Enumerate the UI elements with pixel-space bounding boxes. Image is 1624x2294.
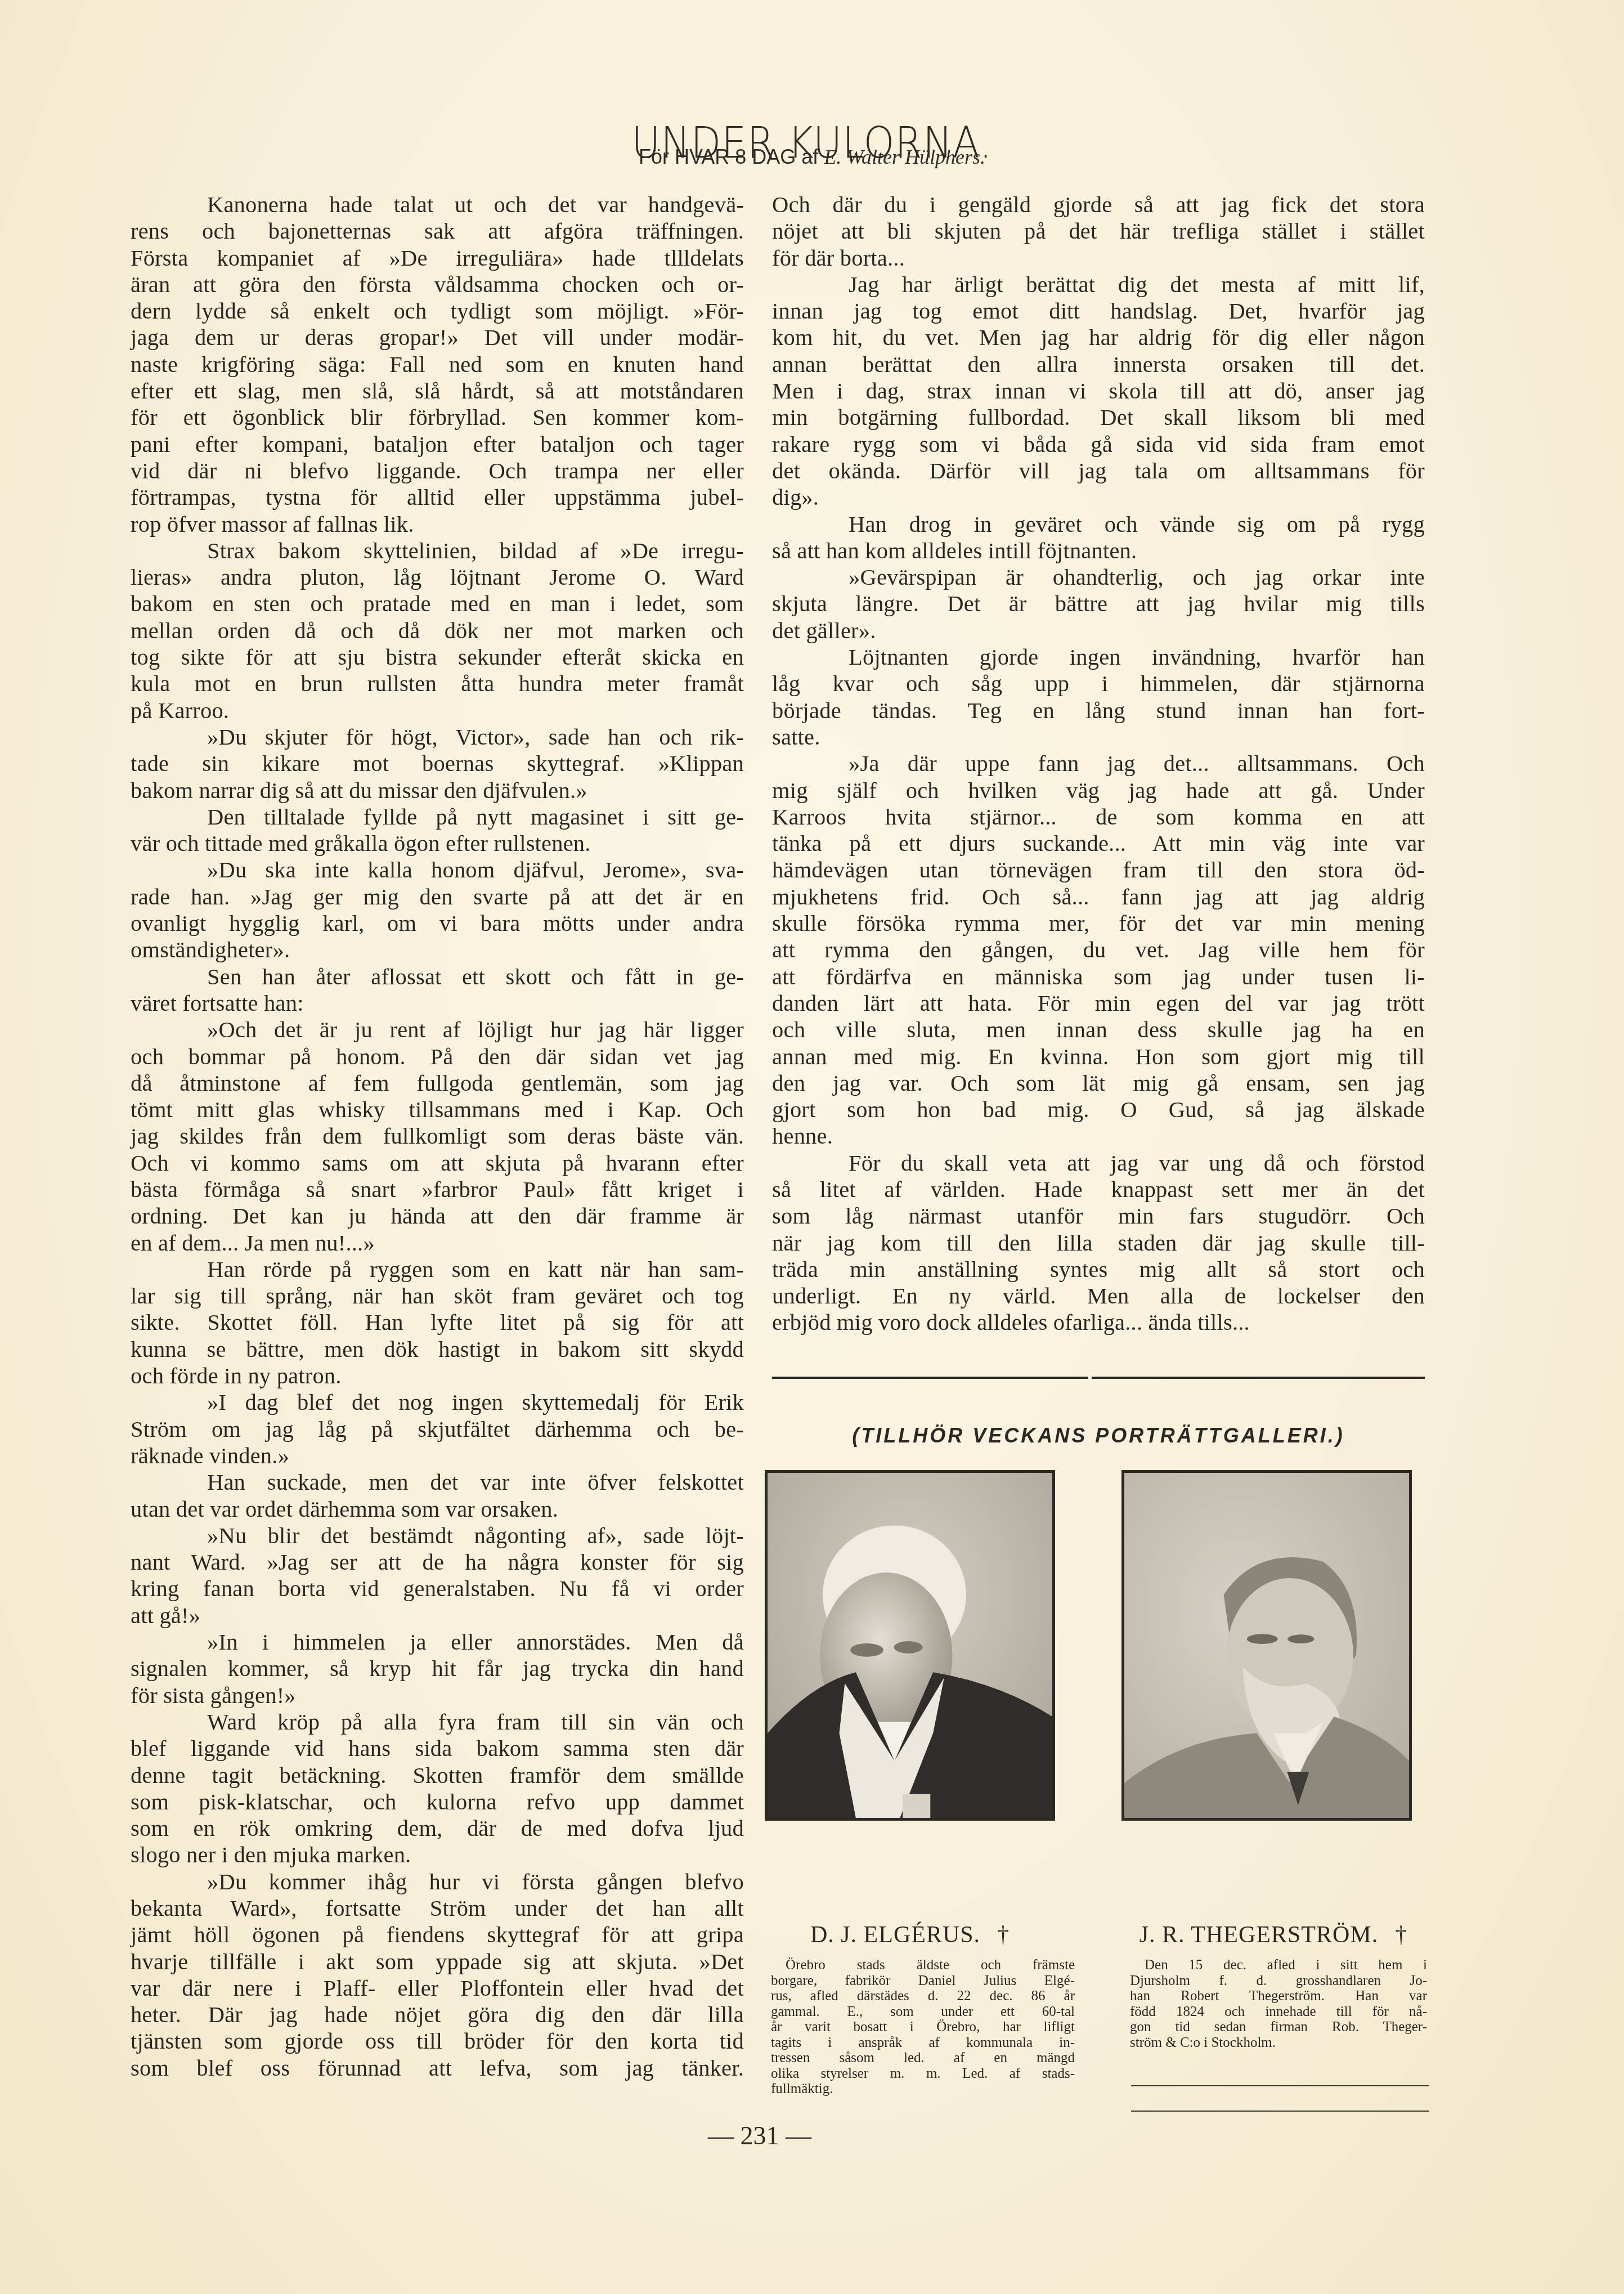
text-line: tömt mitt glas whisky tillsammans med i … xyxy=(131,1096,744,1123)
text-line: den jag var. Och som lät mig gå ensam, s… xyxy=(772,1070,1425,1096)
paragraph: »Gevärspipan är ohandterlig, och jag ork… xyxy=(772,564,1425,644)
paragraph: Strax bakom skyttelinien, bildad af »De … xyxy=(131,537,744,724)
text-line: mellan orden då och då dök ner mot marke… xyxy=(131,617,744,644)
text-line: skulle försöka rymma mer, för det var mi… xyxy=(772,910,1425,937)
text-line: »I dag blef det nog ingen skyttemedalj f… xyxy=(131,1389,744,1415)
text-line: gjort som hon bad mig. O Gud, så jag äls… xyxy=(772,1096,1425,1123)
text-line: som låg närmast utanför min fars stugudö… xyxy=(772,1203,1425,1229)
left-text-column: Kanonerna hade talat ut och det var hand… xyxy=(131,191,744,2081)
caption-line: år varit bosatt i Örebro, har lifligt xyxy=(771,2019,1075,2035)
text-line: tjänsten som gjorde oss till bröder för … xyxy=(131,2028,744,2054)
text-line: hämdevägen utan törnevägen fram till den… xyxy=(772,857,1425,883)
paragraph: Löjtnanten gjorde ingen invändning, hvar… xyxy=(772,644,1425,750)
text-line: rop öfver massor af fallnas lik. xyxy=(131,511,744,537)
text-line: som pisk-klatschar, och kulorna refvo up… xyxy=(131,1789,744,1815)
text-line: blef liggande vid hans sida bakom samma … xyxy=(131,1735,744,1762)
byline-prefix: För HVAR 8 DAG af xyxy=(639,145,824,168)
text-line: vid där ni blefvo liggande. Och trampa n… xyxy=(131,458,744,484)
text-line: då åtminstone af fem fullgoda gentlemän,… xyxy=(131,1070,744,1096)
text-line: bakom narrar dig så att du missar den dj… xyxy=(131,777,744,804)
text-line: jaga dem ur deras gropar!» Det vill unde… xyxy=(131,324,744,351)
text-line: sikte. Skottet föll. Han lyfte litet på … xyxy=(131,1309,744,1336)
paragraph: Han rörde på ryggen som en katt när han … xyxy=(131,1256,744,1389)
caption-line: Den 15 dec. afled i sitt hem i xyxy=(1130,1957,1427,1973)
paragraph: För du skall veta att jag var ung då och… xyxy=(772,1150,1425,1336)
text-line: Han drog in geväret och vände sig om på … xyxy=(772,511,1425,537)
page-number: — 231 — xyxy=(698,2121,822,2150)
text-line: Den tilltalade fyllde på nytt magasinet … xyxy=(131,804,744,830)
section-divider-right xyxy=(1092,1377,1425,1379)
text-line: för ett ögonblick blir förbryllad. Sen k… xyxy=(131,404,744,431)
text-line: lar sig till språng, när han sköt fram g… xyxy=(131,1283,744,1309)
paragraph: Ward kröp på alla fyra fram till sin vän… xyxy=(131,1709,744,1869)
text-line: annan med mig. En kvinna. Hon som gjort … xyxy=(772,1043,1425,1070)
caption-line: tressen såsom led. af en mängd xyxy=(771,2050,1075,2066)
text-line: rens och bajonetternas sak att afgöra tr… xyxy=(131,218,744,244)
text-line: äran att göra den första våldsamma chock… xyxy=(131,271,744,298)
portrait-elgerus-image xyxy=(768,1473,1052,1818)
text-line: och förde in ny patron. xyxy=(131,1363,744,1389)
text-line: naste krigföring säga: Fall ned som en k… xyxy=(131,351,744,378)
portrait-thegerstrom-image xyxy=(1124,1473,1409,1818)
text-line: »Gevärspipan är ohandterlig, och jag ork… xyxy=(772,564,1425,590)
text-line: för sista gången!» xyxy=(131,1682,744,1709)
text-line: Första kompaniet af »De irreguliära» had… xyxy=(131,245,744,271)
text-line: omständigheter». xyxy=(131,937,744,963)
caption-line: Örebro stads äldste och främste xyxy=(771,1957,1075,1973)
text-line: Och där du i gengäld gjorde så att jag f… xyxy=(772,191,1425,218)
text-line: »In i himmelen ja eller annorstädes. Men… xyxy=(131,1629,744,1655)
text-line: Men i dag, strax innan vi skola till att… xyxy=(772,378,1425,404)
text-line: danden lärt att hata. För min egen del v… xyxy=(772,990,1425,1016)
text-line: underligt. En ny värld. Men alla de lock… xyxy=(772,1283,1425,1309)
paragraph: Han drog in geväret och vände sig om på … xyxy=(772,511,1425,564)
text-line: att rymma den gången, du vet. Jag ville … xyxy=(772,937,1425,963)
text-line: Kanonerna hade talat ut och det var hand… xyxy=(131,191,744,218)
text-line: träda min anställning syntes mig allt så… xyxy=(772,1256,1425,1283)
text-line: att fördärfva en människa som jag under … xyxy=(772,964,1425,990)
text-line: mjukhetens frid. Och så... fann jag att … xyxy=(772,884,1425,910)
text-line: tog sikte för att sju bistra sekunder ef… xyxy=(131,644,744,670)
text-line: dig». xyxy=(772,484,1425,510)
text-line: en af dem... Ja men nu!...» xyxy=(131,1230,744,1256)
text-line: började tändas. Teg en lång stund innan … xyxy=(772,697,1425,724)
paragraph: Han suckade, men det var inte öfver fels… xyxy=(131,1469,744,1522)
text-line: innan jag tog emot ditt handslag. Det, h… xyxy=(772,298,1425,324)
paragraph: Jag har ärligt berättat dig det mesta af… xyxy=(772,271,1425,511)
text-line: »Nu blir det bestämdt någonting af», sad… xyxy=(131,1522,744,1549)
portrait-name-elgerus: D. J. ELGÉRUS.† xyxy=(765,1921,1055,1948)
caption-line: Djursholm f. d. grosshandlaren Jo- xyxy=(1130,1973,1427,1989)
text-line: tänka på ett djurs suckande... Att min v… xyxy=(772,830,1425,857)
text-line: jag skildes från dem fullkomligt som der… xyxy=(131,1123,744,1149)
text-line: Ward kröp på alla fyra fram till sin vän… xyxy=(131,1709,744,1735)
text-line: så att han kom alldeles intill föjtnante… xyxy=(772,537,1425,564)
caption-line: född 1824 och innehade till för nå- xyxy=(1130,2004,1427,2020)
right-text-column: Och där du i gengäld gjorde så att jag f… xyxy=(772,191,1425,1336)
paragraph: »Du kommer ihåg hur vi första gången ble… xyxy=(131,1869,744,2081)
paragraph: »Och det är ju rent af löjligt hur jag h… xyxy=(131,1016,744,1256)
text-line: Han suckade, men det var inte öfver fels… xyxy=(131,1469,744,1495)
text-line: skjuta längre. Det är bättre att jag hvi… xyxy=(772,590,1425,617)
paragraph: »I dag blef det nog ingen skyttemedalj f… xyxy=(131,1389,744,1469)
text-line: lieras» andra pluton, låg löjtnant Jerom… xyxy=(131,564,744,590)
text-line: »Och det är ju rent af löjligt hur jag h… xyxy=(131,1016,744,1043)
paragraph: »Du skjuter för högt, Victor», sade han … xyxy=(131,724,744,804)
portrait-name-text: J. R. THEGERSTRÖM. xyxy=(1140,1922,1378,1948)
text-line: pani efter kompani, bataljon efter batal… xyxy=(131,431,744,458)
text-line: »Du kommer ihåg hur vi första gången ble… xyxy=(131,1869,744,1895)
text-line: »Ja där uppe fann jag det... alltsammans… xyxy=(772,750,1425,777)
portrait-elgerus xyxy=(765,1470,1055,1821)
text-line: nöjet att bli skjuten på det här treflig… xyxy=(772,218,1425,244)
text-line: förtrampas, tystna för alltid eller upps… xyxy=(131,484,744,510)
text-line: det okända. Därför vill jag tala om allt… xyxy=(772,458,1425,484)
paragraph: »Nu blir det bestämdt någonting af», sad… xyxy=(131,1522,744,1629)
text-line: Sen han åter aflossat ett skott och fått… xyxy=(131,964,744,990)
text-line: det gäller». xyxy=(772,617,1425,644)
caption-line: tagits i anspråk af kommunala in- xyxy=(771,2035,1075,2051)
portrait-thegerstrom xyxy=(1121,1470,1412,1821)
text-line: efter ett slag, men slå, slå hårdt, så a… xyxy=(131,378,744,404)
text-line: hvarje tillfälle i akt som yppade sig at… xyxy=(131,1948,744,1975)
text-line: ovanligt hygglig karl, om vi bara mötts … xyxy=(131,910,744,937)
text-line: kom hit, du vet. Men jag har aldrig för … xyxy=(772,324,1425,351)
text-line: kunna se bättre, men dök hastigt in bako… xyxy=(131,1336,744,1363)
text-line: vär och tittade med gråkalla ögon efter … xyxy=(131,830,744,857)
byline: För HVAR 8 DAG af E. Walter Hülphers. xyxy=(0,145,1624,169)
text-line: Han rörde på ryggen som en katt när han … xyxy=(131,1256,744,1283)
text-line: annan berättat den allra innersta orsake… xyxy=(772,351,1425,378)
caption-line: ström & C:o i Stockholm. xyxy=(1130,2035,1427,2051)
text-line: och bommar på honom. På den där sidan ve… xyxy=(131,1043,744,1070)
text-line: och ville sluta, men innan dess skulle j… xyxy=(772,1016,1425,1043)
text-line: slogo ner i den mjuka marken. xyxy=(131,1842,744,1868)
obituary-caption-elgerus: Örebro stads äldste och främsteborgare, … xyxy=(771,1957,1075,2097)
paragraph: Kanonerna hade talat ut och det var hand… xyxy=(131,191,744,537)
text-line: var där nere i Plaff- eller Ploffontein … xyxy=(131,1975,744,2001)
paragraph: »Du ska inte kalla honom djäfvul, Jerome… xyxy=(131,857,744,963)
text-line: kring fanan borta vid generalstaben. Nu … xyxy=(131,1575,744,1602)
caption-rule-1 xyxy=(1131,2085,1429,2086)
caption-line: gammal. E., som under ett 60-tal xyxy=(771,2004,1075,2020)
text-line: Löjtnanten gjorde ingen invändning, hvar… xyxy=(772,644,1425,670)
caption-line: borgare, fabrikör Daniel Julius Elgé- xyxy=(771,1973,1075,1989)
paragraph: Den tilltalade fyllde på nytt magasinet … xyxy=(131,804,744,857)
text-line: bästa förmåga så snart »farbror Paul» få… xyxy=(131,1176,744,1203)
text-line: utan det var ordet därhemma som var orsa… xyxy=(131,1496,744,1522)
text-line: satte. xyxy=(772,724,1425,750)
text-line: Karroos hvita stjärnor... de som komma e… xyxy=(772,804,1425,830)
paragraph: Och där du i gengäld gjorde så att jag f… xyxy=(772,191,1425,271)
text-line: denne tagit betäckning. Skotten framför … xyxy=(131,1762,744,1789)
text-line: »Du ska inte kalla honom djäfvul, Jerome… xyxy=(131,857,744,883)
byline-author: E. Walter Hülphers. xyxy=(824,146,985,168)
paragraph: Sen han åter aflossat ett skott och fått… xyxy=(131,964,744,1017)
text-line: rakare rygg som vi båda gå sida vid sida… xyxy=(772,431,1425,458)
text-line: bekanta Ward», fortsatte Ström under det… xyxy=(131,1895,744,1921)
caption-line: han Robert Thegerström. Han var xyxy=(1130,1988,1427,2004)
text-line: mig själf och hvilken väg jag hade att g… xyxy=(772,777,1425,804)
text-line: för där borta... xyxy=(772,245,1425,271)
text-line: bakom en sten och pratade med en man i l… xyxy=(131,590,744,617)
text-line: jämt höll ögonen på fiendens skyttegraf … xyxy=(131,1921,744,1948)
text-line: signalen kommer, så kryp hit får jag try… xyxy=(131,1655,744,1682)
text-line: dern lydde så enkelt och tydligt som möj… xyxy=(131,298,744,324)
text-line: när jag kom till den lilla staden där ja… xyxy=(772,1230,1425,1256)
text-line: ordning. Det kan ju hända att den där fr… xyxy=(131,1203,744,1229)
text-line: som en rök omkring dem, där de med dofva… xyxy=(131,1815,744,1842)
deceased-cross-icon: † xyxy=(1395,1922,1407,1948)
caption-rule-2 xyxy=(1131,2111,1429,2112)
caption-line: rus, afled därstädes d. 22 dec. 86 år xyxy=(771,1988,1075,2004)
paragraph: »Ja där uppe fann jag det... alltsammans… xyxy=(772,750,1425,1149)
text-line: som blef oss förunnad att lefva, som jag… xyxy=(131,2055,744,2081)
text-line: räknade vinden.» xyxy=(131,1442,744,1469)
text-line: så litet af världen. Hade knappast sett … xyxy=(772,1176,1425,1203)
text-line: Jag har ärligt berättat dig det mesta af… xyxy=(772,271,1425,298)
text-line: Strax bakom skyttelinien, bildad af »De … xyxy=(131,537,744,564)
text-line: att gå!» xyxy=(131,1602,744,1629)
caption-line: olika styrelser m. m. Led. af stads- xyxy=(771,2066,1075,2082)
text-line: heter. Där jag hade nöjet göra dig den d… xyxy=(131,2001,744,2028)
caption-line: fullmäktig. xyxy=(771,2081,1075,2097)
text-line: tade sin kikare mot boernas skyttegraf. … xyxy=(131,750,744,777)
text-line: låg kvar och såg upp i himmelen, där stj… xyxy=(772,670,1425,697)
caption-line: gon tid sedan firman Rob. Theger- xyxy=(1130,2019,1427,2035)
text-line: nant Ward. »Jag ser att de ha några kons… xyxy=(131,1549,744,1575)
text-line: kula mot en brun rullsten åtta hundra me… xyxy=(131,670,744,697)
text-line: För du skall veta att jag var ung då och… xyxy=(772,1150,1425,1176)
text-line: Och vi kommo sams om att skjuta på hvara… xyxy=(131,1150,744,1176)
text-line: väret fortsatte han: xyxy=(131,990,744,1016)
text-line: på Karroo. xyxy=(131,697,744,724)
portrait-name-text: D. J. ELGÉRUS. xyxy=(810,1922,980,1948)
text-line: Ström om jag låg på skjutfältet därhemma… xyxy=(131,1416,744,1442)
deceased-cross-icon: † xyxy=(997,1922,1010,1948)
text-line: min botgärning fullbordad. Det skall lik… xyxy=(772,404,1425,431)
text-line: »Du skjuter för högt, Victor», sade han … xyxy=(131,724,744,750)
text-line: henne. xyxy=(772,1123,1425,1149)
paragraph: »In i himmelen ja eller annorstädes. Men… xyxy=(131,1629,744,1709)
obituary-caption-thegerstrom: Den 15 dec. afled i sitt hem iDjursholm … xyxy=(1130,1957,1427,2050)
section-divider-left xyxy=(772,1377,1088,1379)
text-line: rade han. »Jag ger mig den svarte på att… xyxy=(131,884,744,910)
text-line: erbjöd mig voro dock alldeles ofarliga..… xyxy=(772,1309,1425,1336)
portrait-gallery-heading: (TILLHÖR VECKANS PORTRÄTTGALLERI.) xyxy=(772,1424,1425,1448)
portrait-name-thegerstrom: J. R. THEGERSTRÖM.† xyxy=(1121,1921,1425,1948)
